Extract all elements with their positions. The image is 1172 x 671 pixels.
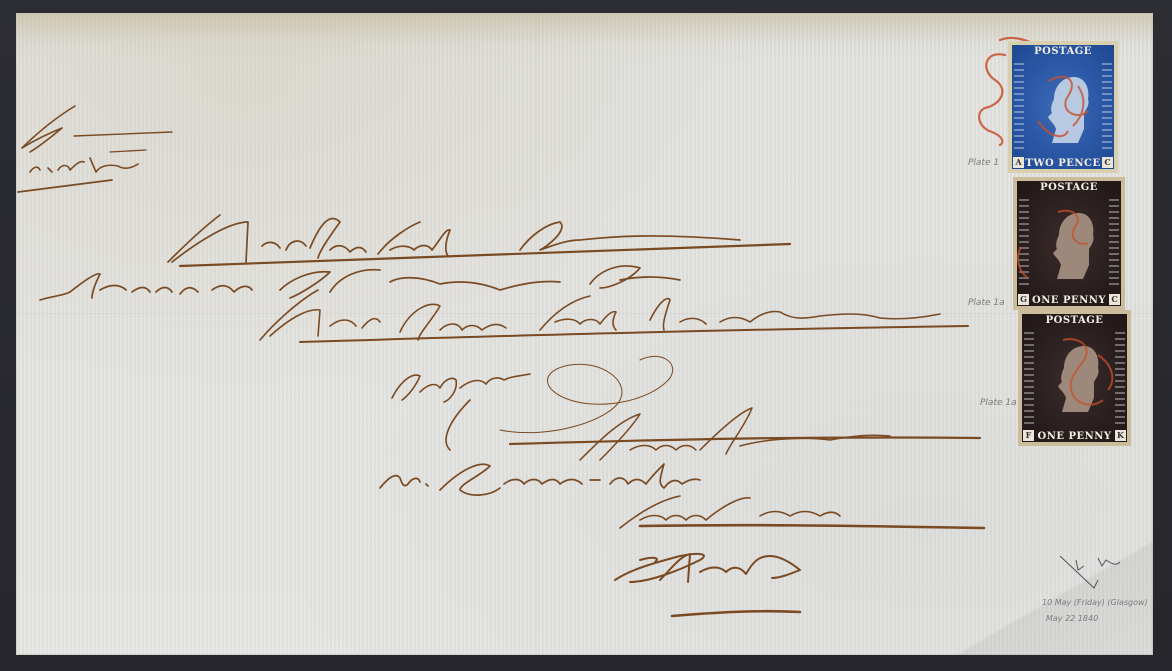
stamp-two-pence-blue: POSTAGE TWO PENCE A C <box>1008 41 1118 173</box>
postal-cover <box>16 13 1153 655</box>
stamp-design <box>1022 314 1127 442</box>
stamp-penny-black-gc: POSTAGE ONE PENNY G C <box>1013 177 1125 310</box>
stamp-top-label: POSTAGE <box>1022 46 1104 57</box>
stamp-side-border-left <box>1019 199 1029 288</box>
stamp-corner-letter-left: G <box>1018 294 1029 305</box>
stamp-corner-letter-right: C <box>1102 157 1113 168</box>
stamp-bottom-label: ONE PENNY <box>1027 295 1111 306</box>
stamp-top-label: POSTAGE <box>1027 182 1111 193</box>
stamp-corner-letter-right: C <box>1109 294 1120 305</box>
stamp-design <box>1012 45 1114 169</box>
pencil-note-plate-1a-second: Plate 1a <box>980 398 1017 408</box>
stamp-bottom-label: ONE PENNY <box>1032 431 1117 442</box>
fold-line-horizontal <box>16 313 1153 314</box>
stamp-corner-letter-left: A <box>1013 157 1024 168</box>
stamp-corner-letter-left: F <box>1023 430 1034 441</box>
stamp-penny-black-fk: POSTAGE ONE PENNY F K <box>1018 310 1131 446</box>
stamp-side-border-right <box>1102 63 1112 151</box>
pencil-note-plate-1a-first: Plate 1a <box>968 298 1005 308</box>
stamp-side-border-right <box>1109 199 1119 288</box>
stamp-side-border-right <box>1115 332 1125 424</box>
pencil-tick-mark-icon <box>1058 550 1128 595</box>
queen-victoria-head-icon <box>1044 69 1092 143</box>
queen-victoria-head-icon <box>1054 338 1102 412</box>
pencil-note-date-line-2: May 22 1840 <box>1046 614 1098 623</box>
paper-toning <box>16 13 1153 43</box>
stamp-side-border-left <box>1014 63 1024 151</box>
stamp-side-border-left <box>1024 332 1034 424</box>
pencil-note-plate-1: Plate 1 <box>968 158 999 168</box>
stamp-bottom-label: TWO PENCE <box>1022 158 1104 169</box>
queen-victoria-head-icon <box>1049 205 1097 279</box>
pencil-note-date-line-1: 10 May (Friday) (Glasgow) <box>1042 598 1148 607</box>
fold-line-vertical <box>536 13 537 655</box>
stamp-top-label: POSTAGE <box>1032 315 1117 326</box>
stamp-design <box>1017 181 1121 306</box>
stamp-corner-letter-right: K <box>1115 430 1126 441</box>
